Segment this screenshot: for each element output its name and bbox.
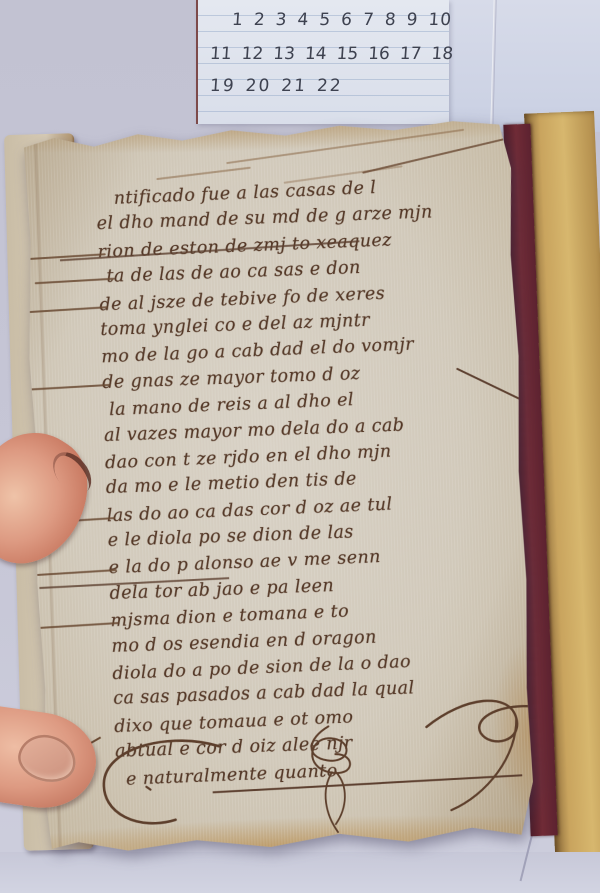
handwritten-number: 12 [241,44,264,64]
manuscript-page-wrap: ntificado fue a las casas de lel dho man… [20,118,537,857]
number-row: 12345678910 [231,10,462,30]
handwritten-number: 5 [319,10,332,30]
handwritten-number: 14 [304,44,327,64]
handwritten-number: 7 [362,10,375,30]
handwritten-number: 6 [340,10,353,30]
handwritten-number: 16 [368,44,391,64]
handwritten-number: 9 [406,10,419,30]
handwritten-number: 2 [253,10,266,30]
number-row: 1112131415161718 [209,44,464,64]
handwritten-number: 18 [431,44,454,64]
handwritten-number: 17 [399,44,422,64]
handwritten-number: 20 [245,76,272,96]
handwritten-number: 13 [273,44,296,64]
handwritten-number: 4 [297,10,310,30]
number-row: 19202122 [209,76,353,96]
handwritten-number: 19 [209,76,236,96]
handwritten-number: 15 [336,44,359,64]
photo-stage: 12345678910 1112131415161718 19202122 nt… [0,0,600,893]
signature-flourish [417,689,551,823]
handwritten-number: 3 [275,10,288,30]
pen-hairline-flourish [156,167,250,180]
rubric-c-flourish [93,736,236,841]
table-surface [0,852,600,893]
handwritten-number: 21 [281,76,308,96]
handwritten-number: 10 [428,10,453,30]
pen-hairline-flourish [226,129,464,164]
notarial-knot-flourish [288,719,378,838]
handwritten-number: 8 [384,10,397,30]
thumb-nail [14,729,81,788]
manuscript-page: ntificado fue a las casas de lel dho man… [20,118,537,857]
handwritten-number: 1 [231,10,244,30]
handwritten-number: 11 [209,44,232,64]
handwritten-number: 22 [316,76,343,96]
numbered-note-paper: 12345678910 1112131415161718 19202122 [196,0,449,124]
